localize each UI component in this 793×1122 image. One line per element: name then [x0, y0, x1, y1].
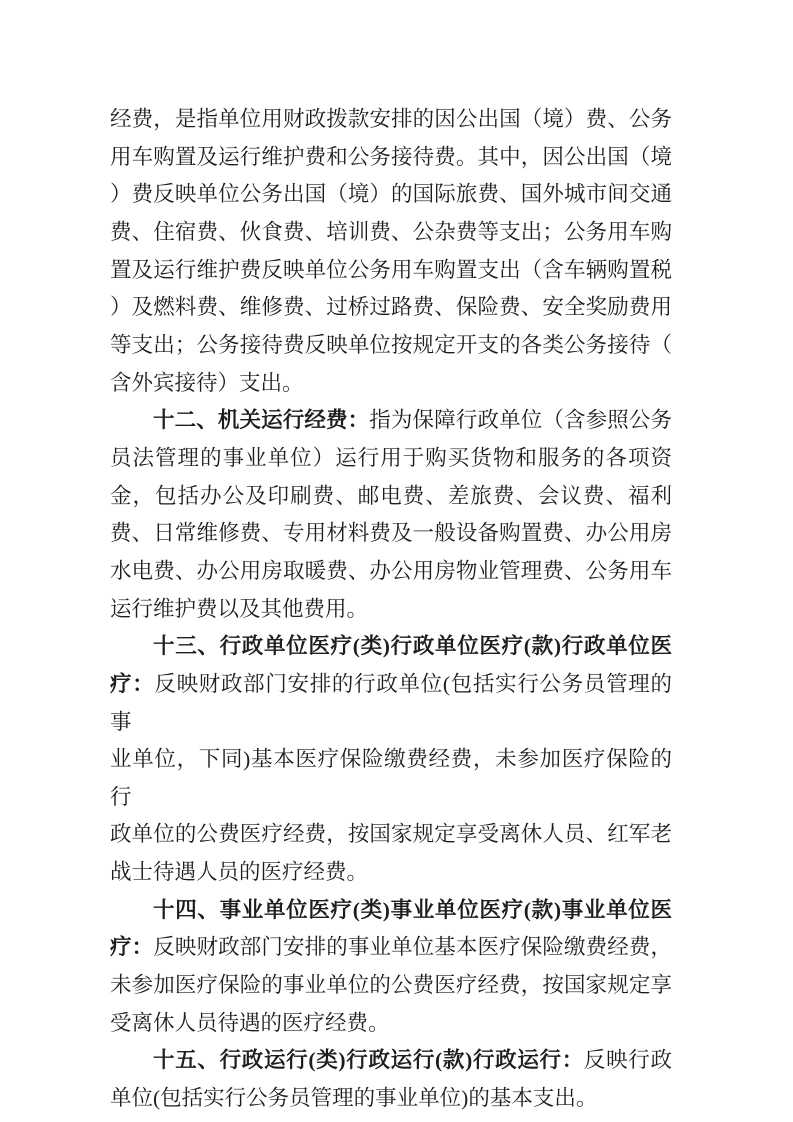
term-heading: 十五、行政运行(类)行政运行(款)行政运行：: [153, 1048, 584, 1072]
body-text: 经费，是指单位用财政拨款安排的因公出国（境）费、公务: [110, 107, 672, 131]
body-text: 单位(包括实行公务员管理的事业单位)的基本支出。: [110, 1086, 597, 1110]
paragraph-12-agency-operating-funds: 十二、机关运行经费：指为保障行政单位（含参照公务 员法管理的事业单位）运行用于购…: [110, 402, 672, 628]
text-line: 费、住宿费、伙食费、培训费、公杂费等支出；公务用车购: [110, 214, 672, 252]
text-line: 疗：反映财政部门安排的行政单位(包括实行公务员管理的事: [110, 666, 672, 741]
text-line: 政单位的公费医疗经费，按国家规定享受离休人员、红军老: [110, 816, 672, 854]
text-line: 等支出；公务接待费反映单位按规定开支的各类公务接待（: [110, 327, 672, 365]
body-text: 员法管理的事业单位）运行用于购买货物和服务的各项资: [110, 446, 672, 470]
text-line: 含外宾接待）支出。: [110, 365, 672, 403]
document-body: 经费，是指单位用财政拨款安排的因公出国（境）费、公务 用车购置及运行维护费和公务…: [110, 101, 672, 1118]
text-line: 员法管理的事业单位）运行用于购买货物和服务的各项资: [110, 440, 672, 478]
text-line: 战士待遇人员的医疗经费。: [110, 854, 672, 892]
text-line: 未参加医疗保险的事业单位的公费医疗经费，按国家规定享: [110, 967, 672, 1005]
text-line: 十三、行政单位医疗(类)行政单位医疗(款)行政单位医: [110, 628, 672, 666]
document-page: 经费，是指单位用财政拨款安排的因公出国（境）费、公务 用车购置及运行维护费和公务…: [0, 0, 793, 1122]
text-line: 十四、事业单位医疗(类)事业单位医疗(款)事业单位医: [110, 892, 672, 930]
text-line: 单位(包括实行公务员管理的事业单位)的基本支出。: [110, 1080, 672, 1118]
text-line: 运行维护费以及其他费用。: [110, 591, 672, 629]
term-heading: 十三、行政单位医疗(类)行政单位医疗(款)行政单位医: [153, 634, 672, 658]
text-line: 十五、行政运行(类)行政运行(款)行政运行：反映行政: [110, 1042, 672, 1080]
body-text: 费、日常维修费、专用材料费及一般设备购置费、办公用房: [110, 521, 672, 545]
text-line: 用车购置及运行维护费和公务接待费。其中，因公出国（境: [110, 139, 672, 177]
text-line: ）及燃料费、维修费、过桥过路费、保险费、安全奖励费用: [110, 289, 672, 327]
body-text: 置及运行维护费反映单位公务用车购置支出（含车辆购置税: [110, 258, 672, 282]
body-text: 受离休人员待遇的医疗经费。: [110, 1011, 390, 1035]
text-line: 水电费、办公用房取暖费、办公用房物业管理费、公务用车: [110, 553, 672, 591]
paragraph-13-administrative-unit-medical: 十三、行政单位医疗(类)行政单位医疗(款)行政单位医 疗：反映财政部门安排的行政…: [110, 628, 672, 892]
body-text: 反映财政部门安排的事业单位基本医疗保险缴费经费，: [153, 935, 672, 959]
text-line: 金，包括办公及印刷费、邮电费、差旅费、会议费、福利: [110, 478, 672, 516]
text-line: 置及运行维护费反映单位公务用车购置支出（含车辆购置税: [110, 252, 672, 290]
body-text: 等支出；公务接待费反映单位按规定开支的各类公务接待（: [110, 333, 672, 357]
body-text: 未参加医疗保险的事业单位的公费医疗经费，按国家规定享: [110, 973, 672, 997]
text-line: 受离休人员待遇的医疗经费。: [110, 1005, 672, 1043]
paragraph-14-public-institution-medical: 十四、事业单位医疗(类)事业单位医疗(款)事业单位医 疗：反映财政部门安排的事业…: [110, 892, 672, 1043]
text-line: 疗：反映财政部门安排的事业单位基本医疗保险缴费经费，: [110, 929, 672, 967]
text-line: 费、日常维修费、专用材料费及一般设备购置费、办公用房: [110, 515, 672, 553]
body-text: 指为保障行政单位（含参照公务: [369, 408, 672, 432]
term-heading: 十四、事业单位医疗(类)事业单位医疗(款)事业单位医: [153, 898, 672, 922]
text-line: 业单位，下同)基本医疗保险缴费经费，未参加医疗保险的行: [110, 741, 672, 816]
body-text: 费、住宿费、伙食费、培训费、公杂费等支出；公务用车购: [110, 220, 672, 244]
body-text: 含外宾接待）支出。: [110, 371, 304, 395]
text-line: 十二、机关运行经费：指为保障行政单位（含参照公务: [110, 402, 672, 440]
body-text: 业单位，下同)基本医疗保险缴费经费，未参加医疗保险的行: [110, 747, 672, 809]
body-text: 水电费、办公用房取暖费、办公用房物业管理费、公务用车: [110, 559, 672, 583]
term-heading: 疗：: [110, 935, 153, 959]
body-text: ）及燃料费、维修费、过桥过路费、保险费、安全奖励费用: [110, 295, 672, 319]
body-text: 政单位的公费医疗经费，按国家规定享受离休人员、红军老: [110, 822, 672, 846]
paragraph-15-administrative-operation: 十五、行政运行(类)行政运行(款)行政运行：反映行政 单位(包括实行公务员管理的…: [110, 1042, 672, 1117]
term-heading: 疗：: [110, 672, 154, 696]
body-text: 战士待遇人员的医疗经费。: [110, 860, 368, 884]
text-line: 经费，是指单位用财政拨款安排的因公出国（境）费、公务: [110, 101, 672, 139]
text-line: ）费反映单位公务出国（境）的国际旅费、国外城市间交通: [110, 176, 672, 214]
body-text: 用车购置及运行维护费和公务接待费。其中，因公出国（境: [110, 145, 672, 169]
body-text: 金，包括办公及印刷费、邮电费、差旅费、会议费、福利: [110, 484, 672, 508]
paragraph-sangong-funds-continuation: 经费，是指单位用财政拨款安排的因公出国（境）费、公务 用车购置及运行维护费和公务…: [110, 101, 672, 402]
body-text: 反映行政: [584, 1048, 672, 1072]
body-text: 反映财政部门安排的行政单位(包括实行公务员管理的事: [110, 672, 672, 734]
body-text: 运行维护费以及其他费用。: [110, 597, 368, 621]
term-heading: 十二、机关运行经费：: [153, 408, 369, 432]
body-text: ）费反映单位公务出国（境）的国际旅费、国外城市间交通: [110, 182, 672, 206]
